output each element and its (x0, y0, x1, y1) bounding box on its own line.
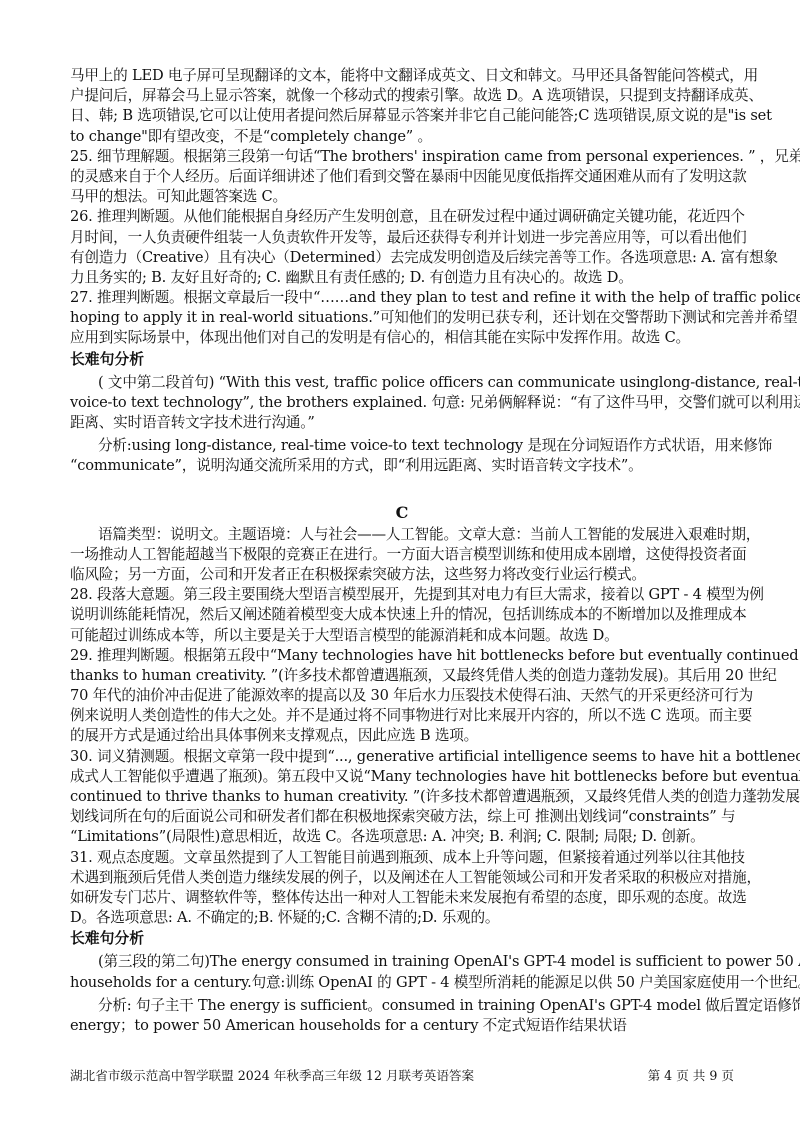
text-line: 的展开方式是通过给出具体事例来支撑观点，因此应选 B 选项。 (70, 726, 734, 746)
text-line: voice-to text technology”, the brothers … (70, 393, 734, 413)
text-line: 一场推动人工智能超越当下极限的竞赛正在进行。一方面大语言模型训练和使用成本剧增，… (70, 545, 734, 565)
text-line: 25. 细节理解题。根据第三段第一句话“The brothers' inspir… (70, 147, 734, 167)
page-number: 第 4 页 共 9 页 (648, 1067, 734, 1085)
text-line: 30. 词义猜测题。根据文章第一段中提到“..., generative art… (70, 747, 734, 767)
text-line: 29. 推理判断题。根据第五段中“Many technologies have … (70, 646, 734, 666)
text-line: 例来说明人类创造性的伟大之处。并不是通过将不同事物进行对比来展开内容的，所以不选… (70, 706, 734, 726)
text-line: (第三段的第二句)The energy consumed in training… (70, 952, 734, 972)
text-line: 70 年代的油价冲击促进了能源效率的提高以及 30 年后水力压裂技术使得石油、天… (70, 686, 734, 706)
page-footer: 湖北省市级示范高中智学联盟 2024 年秋季高三年级 12 月联考英语答案 第 … (70, 1067, 734, 1085)
document-page: 马甲上的 LED 电子屏可呈现翻译的文本，能将中文翻译成英文、日文和韩文。马甲还… (70, 66, 734, 1036)
text-line: hoping to apply it in real-world situati… (70, 308, 734, 328)
text-line: “communicate”，说明沟通交流所采用的方式，即“利用远距离、实时语音转… (70, 456, 734, 476)
text-line: 划线词所在句的后面说公司和研发者们都在积极地探索突破方法，综上可 推测出划线词“… (70, 807, 734, 827)
answer-26: 26. 推理判断题。从他们能根据自身经历产生发明创意，且在研发过程中通过调研确定… (70, 207, 734, 288)
answer-27: 27. 推理判断题。根据文章最后一段中“……and they plan to t… (70, 288, 734, 349)
text-line: 如研发专门芯片、调整软件等，整体传达出一种对人工智能未来发展抱有希望的态度，即乐… (70, 888, 734, 908)
section-heading: 长难句分析 (70, 928, 734, 949)
text-line: “Limitations”(局限性)意思相近，故选 C。各选项意思: A. 冲突… (70, 827, 734, 847)
text-line: 分析:using long-distance, real-time voice-… (70, 436, 734, 456)
text-line: 术遇到瓶颈后凭借人类创造力继续发展的例子，以及阐述在人工智能领域公司和开发者采取… (70, 868, 734, 888)
text-line: 马甲的想法。可知此题答案选 C。 (70, 187, 734, 207)
text-line: 力且务实的; B. 友好且好奇的; C. 幽默且有责任感的; D. 有创造力且有… (70, 268, 734, 288)
text-line: 月时间，一人负责硬件组装一人负责软件开发等，最后还获得专利并计划进一步完善应用等… (70, 228, 734, 248)
text-line: 成式人工智能似乎遭遇了瓶颈)。第五段中又说“Many technologies … (70, 767, 734, 787)
text-line: thanks to human creativity. ”(许多技术都曾遭遇瓶颈… (70, 666, 734, 686)
answer-29: 29. 推理判断题。根据第五段中“Many technologies have … (70, 646, 734, 747)
text-line: 应用到实际场景中，体现出他们对自己的发明是有信心的，相信其能在实际中发挥作用。故… (70, 328, 734, 348)
text-line: 马甲上的 LED 电子屏可呈现翻译的文本，能将中文翻译成英文、日文和韩文。马甲还… (70, 66, 734, 86)
text-line: D。各选项意思: A. 不确定的;B. 怀疑的;C. 含糊不清的;D. 乐观的。 (70, 908, 734, 928)
long-sentence-analysis-c: 长难句分析 (第三段的第二句)The energy consumed in tr… (70, 928, 734, 1036)
answer-31: 31. 观点态度题。文章虽然提到了人工智能目前遇到瓶颈、成本上升等问题，但紧接着… (70, 848, 734, 929)
text-line: 日、韩; B 选项错误,它可以让使用者提问然后屏幕显示答案并非它自己能问能答;C… (70, 106, 734, 126)
footer-title: 湖北省市级示范高中智学联盟 2024 年秋季高三年级 12 月联考英语答案 (70, 1067, 474, 1085)
text-line: ( 文中第二段首句) “With this vest, traffic poli… (70, 373, 734, 393)
text-line: 可能超过训练成本等，所以主要是关于大型语言模型的能源消耗和成本问题。故选 D。 (70, 626, 734, 646)
text-line: energy；to power 50 American households f… (70, 1016, 734, 1036)
section-heading: 长难句分析 (70, 349, 734, 370)
text-line: 说明训练能耗情况，然后又阐述随着模型变大成本快速上升的情况，包括训练成本的不断增… (70, 605, 734, 625)
text-line: 28. 段落大意题。第三段主要围绕大型语言模型展开，先提到其对电力有巨大需求，接… (70, 585, 734, 605)
answer-28: 28. 段落大意题。第三段主要围绕大型语言模型展开，先提到其对电力有巨大需求，接… (70, 585, 734, 646)
text-line: 的灵感来自于个人经历。后面详细讲述了他们看到交警在暴雨中因能见度低指挥交通困难从… (70, 167, 734, 187)
answer-25: 25. 细节理解题。根据第三段第一句话“The brothers' inspir… (70, 147, 734, 208)
text-line: 户提问后，屏幕会马上显示答案，就像一个移动式的搜索引擎。故选 D。A 选项错误，… (70, 86, 734, 106)
text-line: 语篇类型：说明文。主题语境：人与社会——人工智能。文章大意：当前人工智能的发展进… (70, 525, 734, 545)
text-line: continued to thrive thanks to human crea… (70, 787, 734, 807)
long-sentence-analysis-b: 长难句分析 ( 文中第二段首句) “With this vest, traffi… (70, 349, 734, 477)
text-line: 临风险；另一方面，公司和开发者正在积极探索突破方法，这些努力将改变行业运行模式。 (70, 565, 734, 585)
text-line: 有创造力（Creative）且有决心（Determined）去完成发明创造及后续… (70, 248, 734, 268)
answer-24-continuation: 马甲上的 LED 电子屏可呈现翻译的文本，能将中文翻译成英文、日文和韩文。马甲还… (70, 66, 734, 147)
text-line: 31. 观点态度题。文章虽然提到了人工智能目前遇到瓶颈、成本上升等问题，但紧接着… (70, 848, 734, 868)
section-letter-c: C (70, 501, 734, 525)
text-line: 分析: 句子主干 The energy is sufficient。consum… (70, 996, 734, 1016)
text-line: 27. 推理判断题。根据文章最后一段中“……and they plan to t… (70, 288, 734, 308)
text-line: 26. 推理判断题。从他们能根据自身经历产生发明创意，且在研发过程中通过调研确定… (70, 207, 734, 227)
text-line: to change"即有望改变，不是“completely change” 。 (70, 127, 734, 147)
text-line: 距离、实时语音转文字技术进行沟通。” (70, 413, 734, 433)
answer-30: 30. 词义猜测题。根据文章第一段中提到“..., generative art… (70, 747, 734, 848)
text-line: households for a century.句意:训练 OpenAI 的 … (70, 973, 734, 993)
section-c-intro: 语篇类型：说明文。主题语境：人与社会——人工智能。文章大意：当前人工智能的发展进… (70, 525, 734, 586)
